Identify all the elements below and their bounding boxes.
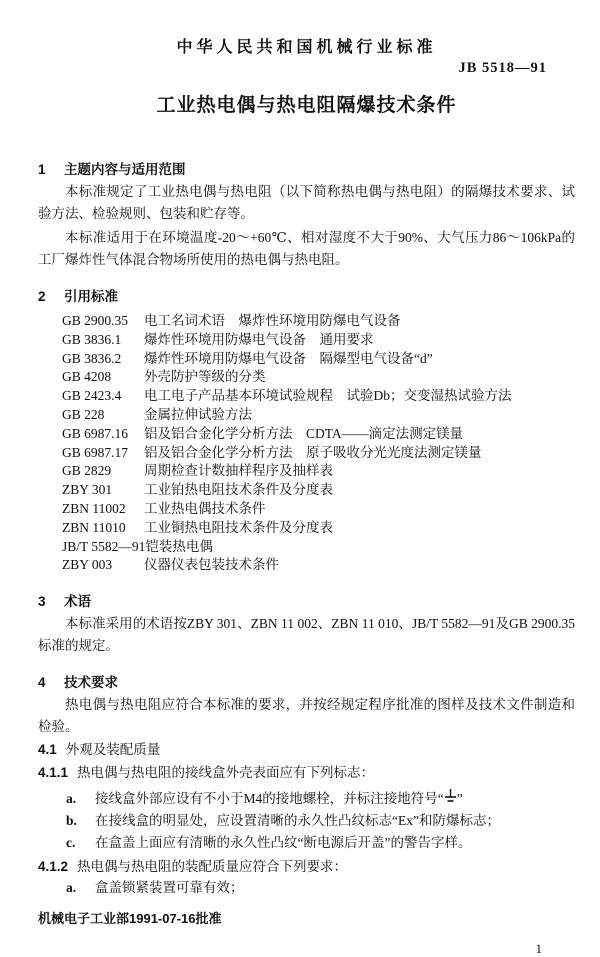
earth-ground-icon (444, 789, 457, 806)
reference-item: GB 6987.16铝及铝合金化学分析方法 CDTA——滴定法测定镁量 (38, 425, 575, 444)
reference-code: ZBY 301 (62, 481, 144, 500)
reference-item: GB 2423.4电工电子产品基本环境试验规程 试验Db；交变湿热试验方法 (38, 387, 575, 406)
reference-item: JB/T 5582—91铠装热电偶 (38, 538, 575, 557)
clause-4-1-2-text: 热电偶与热电阻的装配质量应符合下列要求： (77, 859, 347, 874)
reference-title: 铠装热电偶 (145, 538, 575, 557)
reference-title: 工业铂热电阻技术条件及分度表 (144, 481, 575, 500)
section-3-paragraph: 本标准采用的术语按ZBY 301、ZBN 11 002、ZBN 11 010、J… (38, 613, 575, 656)
reference-item: GB 3836.1爆炸性环境用防爆电气设备 通用要求 (38, 331, 575, 350)
document-number: JB 5518—91 (38, 60, 547, 77)
list-item-label: a. (66, 788, 95, 810)
clause-4-1-number: 4.1 (38, 742, 57, 757)
reference-title: 外壳防护等级的分类 (144, 368, 575, 387)
clause-4-1-1: 4.1.1热电偶与热电阻的接线盒外壳表面应有下列标志： (38, 762, 575, 783)
reference-title: 工业热电偶技术条件 (144, 500, 575, 519)
list-item-text: 在盒盖上面应有清晰的永久性凸纹“断电源后开盖”的警告字样。 (95, 832, 575, 854)
reference-item: ZBY 301工业铂热电阻技术条件及分度表 (38, 481, 575, 500)
list-item-c: c. 在盒盖上面应有清晰的永久性凸纹“断电源后开盖”的警告字样。 (38, 832, 575, 854)
reference-item: GB 2829周期检查计数抽样程序及抽样表 (38, 462, 575, 481)
reference-code: GB 6987.17 (62, 444, 144, 463)
reference-item: GB 4208外壳防护等级的分类 (38, 368, 575, 387)
reference-code: ZBN 11002 (62, 500, 144, 519)
reference-title: 爆炸性环境用防爆电气设备 通用要求 (144, 331, 575, 350)
reference-code: JB/T 5582—91 (62, 538, 145, 557)
list-item-text: 盒盖锁紧装置可靠有效； (95, 877, 575, 899)
clause-4-1-text: 外观及装配质量 (66, 742, 161, 757)
list-item-a2: a. 盒盖锁紧装置可靠有效； (38, 877, 575, 899)
reference-item: GB 3836.2爆炸性环境用防爆电气设备 隔爆型电气设备“d” (38, 350, 575, 369)
list-item-label: b. (66, 810, 95, 832)
reference-item: GB 2900.35电工名词术语 爆炸性环境用防爆电气设备 (38, 312, 575, 331)
approval-text: 机械电子工业部1991-07-16批准 (38, 908, 575, 927)
list-item-text-before: 接线盒外部应设有不小于M4的接地螺栓，并标注接地符号“ (95, 791, 444, 806)
clause-4-1-1-text: 热电偶与热电阻的接线盒外壳表面应有下列标志： (77, 765, 374, 780)
reference-list: GB 2900.35电工名词术语 爆炸性环境用防爆电气设备 GB 3836.1爆… (38, 312, 575, 575)
section-2-number: 2 (38, 289, 54, 304)
section-3-title: 术语 (64, 594, 91, 609)
section-3-number: 3 (38, 594, 54, 609)
reference-code: GB 3836.1 (62, 331, 144, 350)
list-item-b: b. 在接线盒的明显处，应设置清晰的永久性凸纹标志“Ex”和防爆标志； (38, 810, 575, 832)
section-1-paragraph-1: 本标准规定了工业热电偶与热电阻（以下简称热电偶与热电阻）的隔爆技术要求、试验方法… (38, 181, 575, 224)
reference-title: 铝及铝合金化学分析方法 CDTA——滴定法测定镁量 (144, 425, 575, 444)
section-4-title: 技术要求 (64, 675, 118, 690)
clause-4-1-2-number: 4.1.2 (38, 859, 68, 874)
reference-item: ZBN 11010工业铜热电阻技术条件及分度表 (38, 519, 575, 538)
clause-4-1: 4.1外观及装配质量 (38, 739, 575, 760)
list-item-label: a. (66, 877, 95, 899)
list-item-label: c. (66, 832, 95, 854)
list-item-text-after: ” (457, 791, 463, 806)
reference-title: 爆炸性环境用防爆电气设备 隔爆型电气设备“d” (144, 350, 575, 369)
reference-title: 电工名词术语 爆炸性环境用防爆电气设备 (144, 312, 575, 331)
section-4-heading: 4技术要求 (38, 671, 575, 691)
reference-code: GB 6987.16 (62, 425, 144, 444)
clause-4-1-2: 4.1.2热电偶与热电阻的装配质量应符合下列要求： (38, 856, 575, 877)
section-1-title: 主题内容与适用范围 (64, 162, 186, 177)
reference-item: GB 228金属拉伸试验方法 (38, 406, 575, 425)
section-1-number: 1 (38, 162, 54, 177)
page-number: 1 (38, 941, 542, 957)
list-item-a: a. 接线盒外部应设有不小于M4的接地螺栓，并标注接地符号“” (38, 788, 575, 810)
reference-title: 电工电子产品基本环境试验规程 试验Db；交变湿热试验方法 (144, 387, 575, 406)
reference-code: GB 4208 (62, 368, 144, 387)
reference-title: 周期检查计数抽样程序及抽样表 (144, 462, 575, 481)
section-4-number: 4 (38, 675, 54, 690)
document-page: 中华人民共和国机械行业标准 JB 5518—91 工业热电偶与热电阻隔爆技术条件… (0, 0, 600, 886)
reference-code: ZBN 11010 (62, 519, 144, 538)
reference-code: GB 228 (62, 406, 144, 425)
reference-code: GB 2900.35 (62, 312, 144, 331)
section-2-heading: 2引用标准 (38, 285, 575, 305)
reference-title: 仪器仪表包装技术条件 (144, 556, 575, 575)
reference-title: 工业铜热电阻技术条件及分度表 (144, 519, 575, 538)
document-title: 工业热电偶与热电阻隔爆技术条件 (38, 90, 575, 117)
section-3-heading: 3术语 (38, 590, 575, 610)
reference-title: 金属拉伸试验方法 (144, 406, 575, 425)
reference-code: GB 2423.4 (62, 387, 144, 406)
reference-code: GB 3836.2 (62, 350, 144, 369)
list-item-text: 在接线盒的明显处，应设置清晰的永久性凸纹标志“Ex”和防爆标志； (95, 810, 575, 832)
clause-4-1-1-number: 4.1.1 (38, 765, 68, 780)
section-1-paragraph-2: 本标准适用于在环境温度-20～+60℃、相对湿度不大于90%、大气压力86～10… (38, 227, 575, 270)
section-2-title: 引用标准 (64, 289, 118, 304)
section-4-paragraph: 热电偶与热电阻应符合本标准的要求，并按经规定程序批准的图样及技术文件制造和检验。 (38, 694, 575, 737)
reference-item: ZBN 11002工业热电偶技术条件 (38, 500, 575, 519)
standard-name: 中华人民共和国机械行业标准 (38, 34, 575, 57)
section-1-heading: 1主题内容与适用范围 (38, 158, 575, 178)
reference-code: GB 2829 (62, 462, 144, 481)
reference-code: ZBY 003 (62, 556, 144, 575)
reference-item: GB 6987.17铝及铝合金化学分析方法 原子吸收分光光度法测定镁量 (38, 444, 575, 463)
reference-title: 铝及铝合金化学分析方法 原子吸收分光光度法测定镁量 (144, 444, 575, 463)
reference-item: ZBY 003仪器仪表包装技术条件 (38, 556, 575, 575)
list-item-text: 接线盒外部应设有不小于M4的接地螺栓，并标注接地符号“” (95, 788, 575, 810)
